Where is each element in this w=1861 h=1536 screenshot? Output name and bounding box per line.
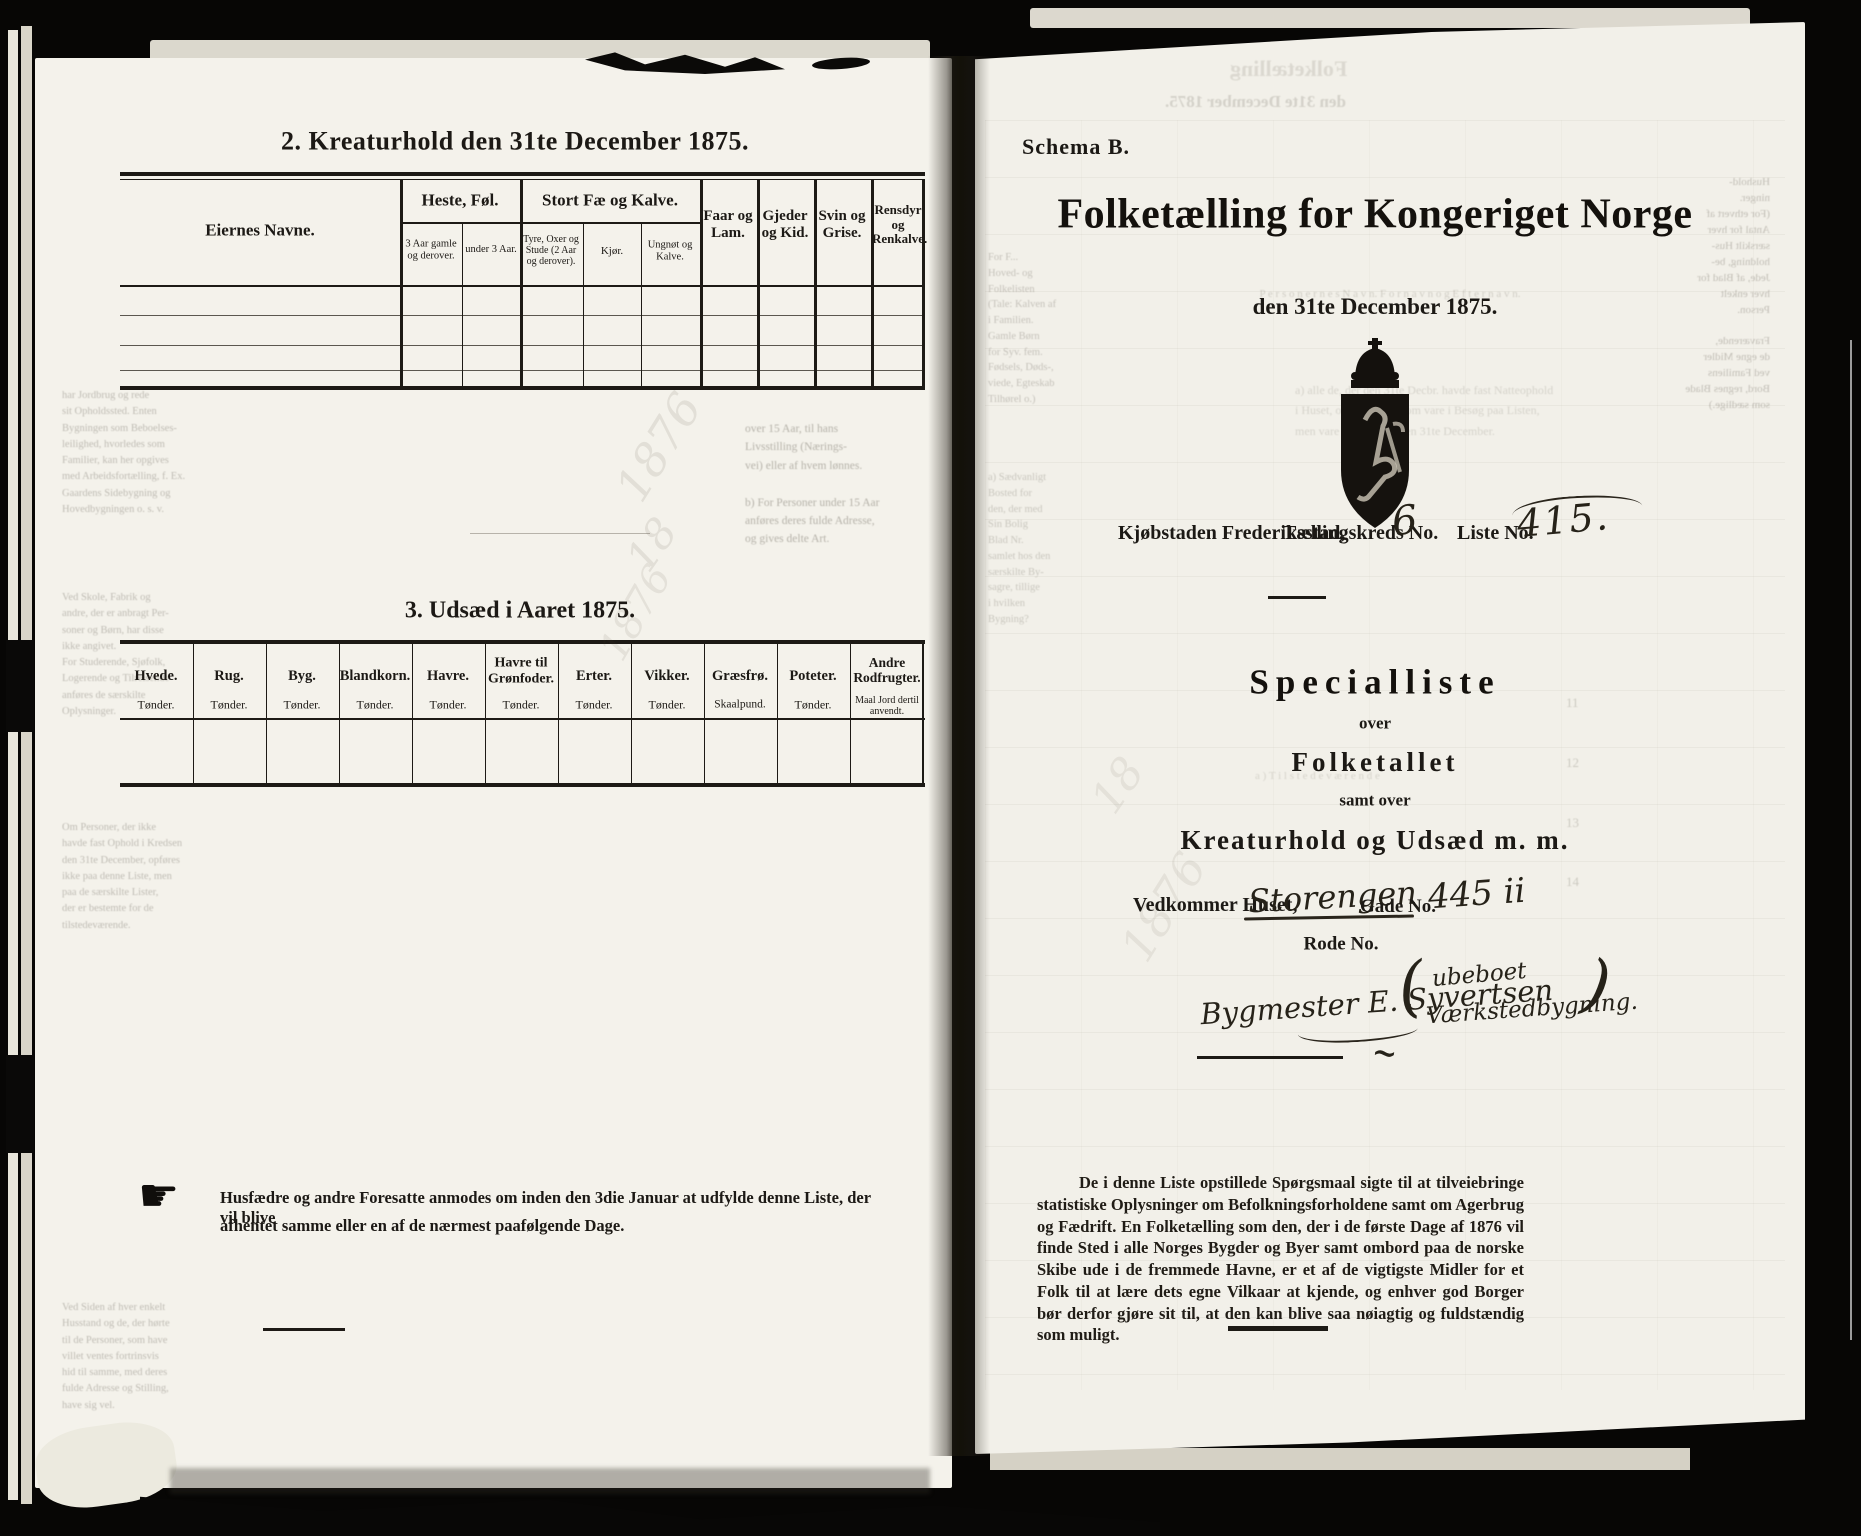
table1-col-swine: Svin og Grise. [816,208,868,242]
table1-group-underline [400,222,700,224]
table2-col-label: Havre til Grønfoder. [488,655,554,686]
table2-col-label: Vikker. [633,668,701,684]
table2-col-label: Byg. [268,668,336,684]
table1-sub-cattle-young: Ungnøt og Kalve. [642,239,698,263]
right-page-edge-highlight [1850,340,1852,1340]
table1-col-line-bold [520,180,523,388]
table2-col-unit: Tønder. [414,698,482,711]
manicule-icon: ☛ [138,1168,179,1222]
table1-group-cattle: Stort Fæ og Kalve. [525,190,695,209]
table2-col-label: Rug. [195,668,263,684]
district-value-handwritten: 6 [1390,497,1420,545]
small-center-rule [1268,596,1326,599]
street-label: Gade No. [1360,896,1436,918]
table1-col-goats: Gjeder og Kid. [758,208,812,242]
table2-col-label: Blandkorn. [339,668,411,684]
ghost-showthrough-text: Ved Siden af hver enkelt Husstand og de,… [62,1300,192,1414]
page-edge-strip [8,30,18,1500]
bottom-torn-shadow [170,1468,930,1494]
table1-sub-cattle-cows: Kjør. [587,245,637,257]
table1-group-horses: Heste, Føl. [405,190,515,209]
table2-col-label: Poteter. [779,668,847,684]
table1-top-border [120,172,925,176]
table1-col-sheep: Faar og Lam. [702,208,754,242]
table2-col-unit: Maal Jord dertil anvendt. [854,695,920,717]
subtitle-folketallet: Folketallet [1175,747,1575,777]
form-title: Folketælling for Kongeriget Norge [1055,191,1695,238]
rode-label: Rode No. [1271,933,1411,954]
table2-col-unit: Tønder. [341,698,409,711]
small-rule [263,1328,345,1331]
table1-col-line-bold [400,180,403,388]
ghost-showthrough-text: a) Sædvanligt Bosted for den, der med Si… [988,470,1100,628]
faint-rule [470,533,650,534]
table1-title: 2. Kreaturhold den 31te December 1875. [235,126,795,155]
handwriting-squiggle: ~ [1370,1034,1400,1072]
page-behind-bottom-right [990,1448,1690,1470]
gutter-shadow [928,56,990,1456]
table2-col-line [412,644,413,783]
ghost-showthrough-text: over 15 Aar, til hans Livsstilling (Næri… [745,420,920,549]
ghost-showthrough-text: For F... Hoved- og Folkelisten (Tale: Ka… [988,250,1100,408]
table1-sub-horses-old: 3 Aar gamle og derover. [402,238,460,262]
owner-rule [1197,1056,1343,1059]
street-value-handwritten: 445 ii [1427,871,1527,918]
table2-col-line [777,644,778,783]
table2-top-border [120,640,925,644]
scanned-book-spread: 2. Kreaturhold den 31te December 1875. E… [0,0,1861,1536]
table2-col-unit: Tønder. [633,698,701,711]
table2-col-unit: Tønder. [779,698,847,711]
table2-col-label: Græsfrø. [706,668,774,684]
page-edge-gap [6,640,34,732]
ghost-mirrored-text: Folketælling [1230,56,1347,82]
table1-sub-cattle-oxen: Tyre, Oxer og Stude (2 Aar og derover). [521,234,581,268]
page-edge-gap [6,1055,34,1153]
footer-paragraph: De i denne Liste opstillede Spørgsmaal s… [1037,1172,1524,1346]
ghost-showthrough-text: Om Personer, der ikke havde fast Ophold … [62,820,192,934]
table2-col-label: Havre. [414,668,482,684]
table2-header-underline [120,718,925,720]
form-date-line: den 31te December 1875. [1165,294,1585,320]
ghost-showthrough-text: Ved Skole, Fabrik og andre, der er anbra… [62,590,192,720]
footer-rule [1228,1326,1328,1331]
subtitle-specialliste: Specialliste [1115,662,1635,701]
table2-bottom-border [120,783,925,787]
table1-subcol-line [583,224,584,388]
table2-col-line [850,644,851,783]
table2-right-border [922,644,924,783]
page-behind-top-right [1030,8,1750,28]
ghost-showthrough-text: har Jordbrug og rede sit Opholdssted. En… [62,388,192,518]
table2-col-unit: Tønder. [268,698,336,711]
table2-col-line [558,644,559,783]
subtitle-over: over [1275,713,1475,732]
schema-label: Schema B. [1022,134,1130,160]
table2-col-line [704,644,705,783]
note-line2: afhentet samme eller en af de nærmest pa… [220,1216,890,1236]
table2-col-label: Erter. [560,668,628,684]
table2-col-unit: Tønder. [195,698,263,711]
table2-col-line [266,644,267,783]
table2-col-unit: Tønder. [560,698,628,711]
table2-col-line [193,644,194,783]
page-edge-strip [21,26,32,1504]
table2-col-line [339,644,340,783]
ghost-row-numbers: 11 12 13 14 [1566,688,1579,897]
table1-col-reindeer: Rensdyr og Renkalve. [872,203,924,247]
subtitle-samt-over: samt over [1275,790,1475,809]
ghost-mirrored-text: den 31te December 1875. [1165,92,1346,112]
table2-col-line [485,644,486,783]
table2-col-unit: Skaalpund. [704,699,776,712]
table1-sub-horses-young: under 3 Aar. [464,244,518,256]
table1-col-owner: Eiernes Navne. [140,220,380,239]
table2-col-label: Andre Rodfrugter. [852,655,922,685]
subtitle-kreaturhold: Kreaturhold og Udsæd m. m. [1095,825,1655,855]
table2-col-unit: Tønder. [487,698,555,711]
table1-subcol-line [462,224,463,388]
